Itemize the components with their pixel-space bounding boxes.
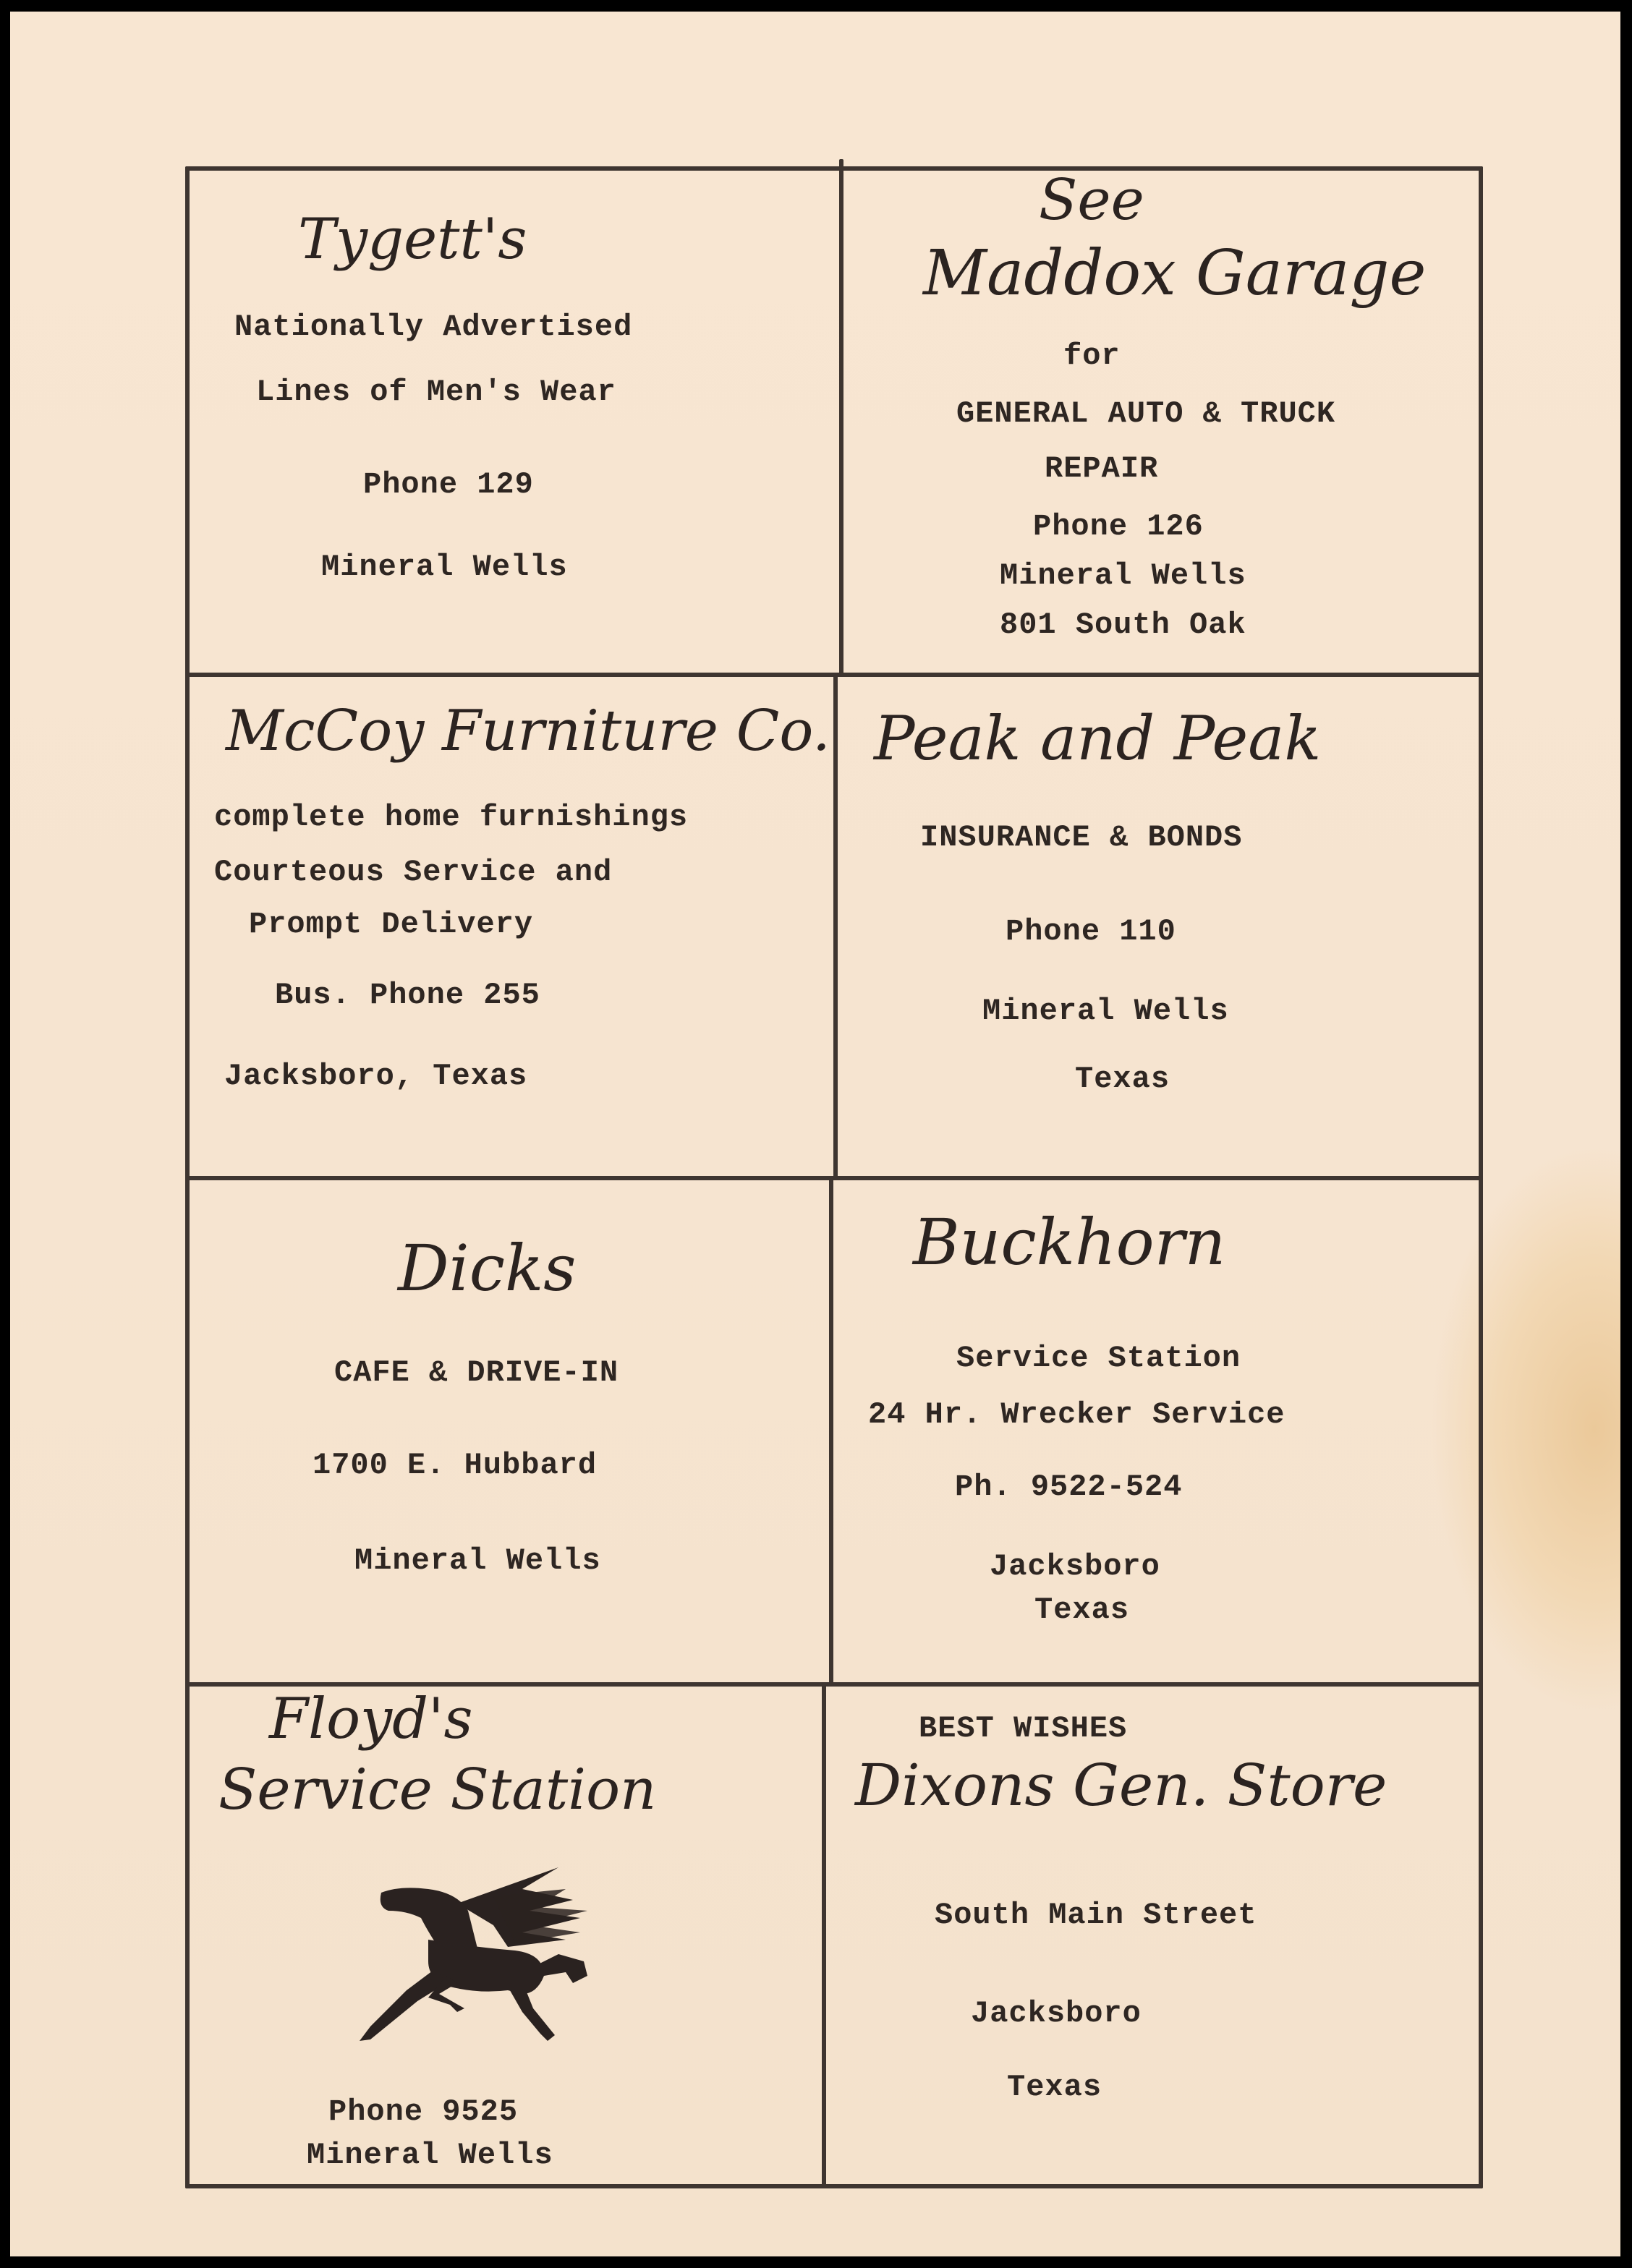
ad-tygetts: Tygett's Nationally Advertised Lines of … (190, 171, 839, 673)
flying-pegasus-icon (349, 1867, 595, 2041)
business-name: Buckhorn (913, 1205, 1225, 1279)
best-wishes-label: BEST WISHES (919, 1711, 1127, 1746)
ad-grid: Tygett's Nationally Advertised Lines of … (185, 166, 1483, 2188)
ad-line: Courteous Service and (214, 855, 612, 890)
ad-dixons-gen-store: BEST WISHES Dixons Gen. Store South Main… (826, 1687, 1479, 2184)
ad-line: Phone 9525 (328, 2094, 518, 2129)
business-name: Peak and Peak (874, 703, 1321, 774)
ad-line: 24 Hr. Wrecker Service (868, 1397, 1285, 1432)
ad-peak-and-peak: Peak and Peak INSURANCE & BONDS Phone 11… (838, 677, 1479, 1176)
ad-line: 1700 E. Hubbard (313, 1448, 597, 1483)
ad-line: Texas (1007, 2070, 1102, 2105)
business-name: Dicks (398, 1231, 576, 1305)
ad-line: REPAIR (1045, 451, 1158, 486)
ad-dicks-cafe: Dicks CAFE & DRIVE-IN 1700 E. Hubbard Mi… (190, 1180, 829, 1682)
business-name: Tygett's (298, 207, 527, 272)
ad-line: INSURANCE & BONDS (920, 820, 1242, 855)
ad-line: Mineral Wells (307, 2138, 553, 2173)
business-name: Maddox Garage (923, 237, 1426, 310)
ad-line: GENERAL AUTO & TRUCK (956, 396, 1335, 431)
grid-line-bottom (185, 2184, 1483, 2188)
ad-line: Texas (1075, 1062, 1170, 1096)
ad-floyds-service-station: Floyd's Service Station (190, 1687, 822, 2184)
ad-line: Ph. 9522-524 (955, 1470, 1182, 1504)
ad-line: Phone 129 (363, 467, 534, 502)
ad-line: Jacksboro (990, 1549, 1160, 1584)
grid-line-right (1479, 166, 1483, 2188)
ad-line: South Main Street (935, 1898, 1257, 1932)
ad-line: Lines of Men's Wear (256, 375, 616, 409)
ad-line: for (1063, 338, 1121, 373)
ad-line: complete home furnishings (214, 800, 688, 835)
ad-mccoy-furniture: McCoy Furniture Co. complete home furnis… (190, 677, 833, 1176)
ad-line: 801 South Oak (1000, 607, 1246, 642)
ad-line: Phone 126 (1033, 509, 1204, 544)
ad-line: Mineral Wells (354, 1543, 601, 1578)
ad-line: Jacksboro, Texas (224, 1059, 527, 1093)
business-name: Dixons Gen. Store (855, 1752, 1387, 1819)
ad-maddox-garage: See Maddox Garage for GENERAL AUTO & TRU… (843, 171, 1479, 673)
ad-line: Prompt Delivery (249, 907, 533, 942)
ad-line: Bus. Phone 255 (275, 978, 540, 1012)
ad-line: Jacksboro (971, 1996, 1142, 2031)
yearbook-ad-page: Tygett's Nationally Advertised Lines of … (10, 12, 1620, 2256)
ad-line: Nationally Advertised (234, 310, 632, 344)
ad-line: Mineral Wells (321, 550, 568, 584)
ad-buckhorn: Buckhorn Service Station 24 Hr. Wrecker … (833, 1180, 1479, 1682)
ad-line: Service Station (956, 1341, 1241, 1376)
business-name: Floyd's (269, 1687, 473, 1752)
business-name: McCoy Furniture Co. (226, 699, 830, 764)
ad-line: Phone 110 (1006, 914, 1176, 949)
business-name-prefix: See (1039, 168, 1144, 233)
ad-line: Mineral Wells (1000, 558, 1246, 593)
ad-line: CAFE & DRIVE-IN (334, 1355, 619, 1390)
ad-line: Texas (1034, 1593, 1129, 1627)
business-name-line2: Service Station (218, 1757, 656, 1822)
ad-line: Mineral Wells (982, 994, 1229, 1028)
